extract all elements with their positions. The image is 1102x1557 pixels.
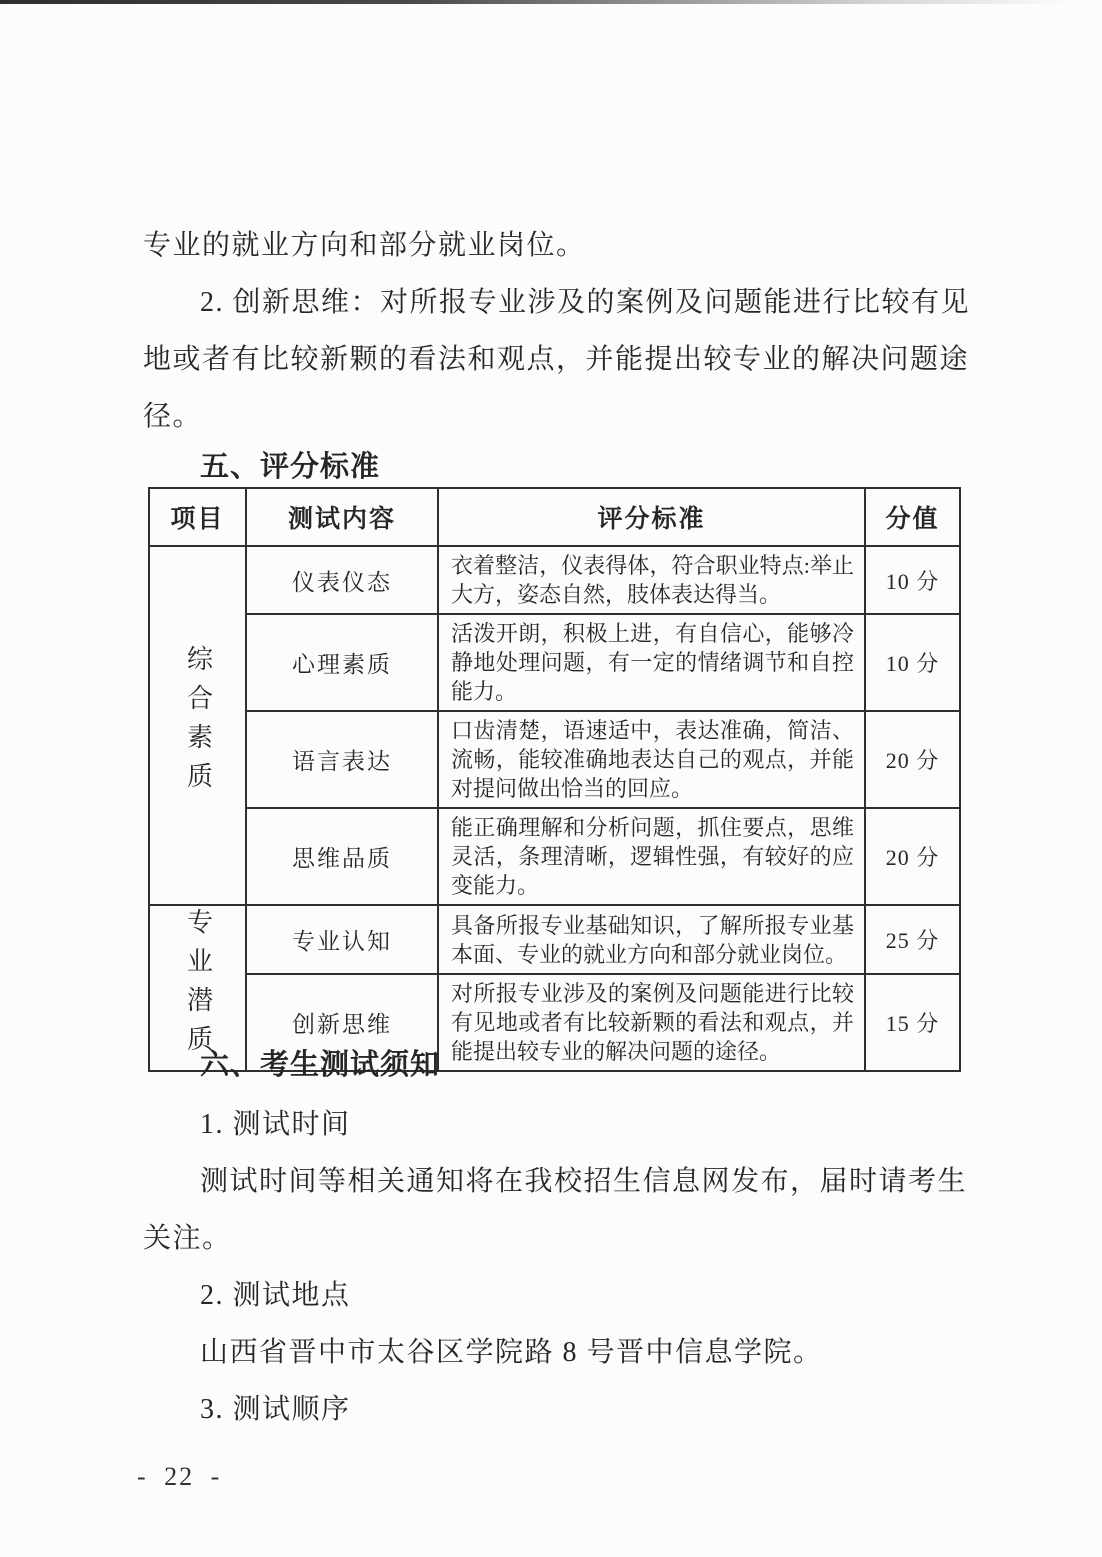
score-cell: 10 分 (865, 614, 960, 711)
paragraph-line: 专业的就业方向和部分就业岗位。 (143, 217, 963, 274)
notice-line: 1. 测试时间 (143, 1096, 963, 1153)
criteria-cell: 衣着整洁，仪表得体，符合职业特点:举止大方，姿态自然，肢体表达得当。 (438, 546, 865, 614)
test-content-cell: 仪表仪态 (246, 546, 438, 614)
notice-line: 山西省晋中市太谷区学院路 8 号晋中信息学院。 (143, 1324, 963, 1381)
notice-line: 3. 测试顺序 (143, 1381, 963, 1438)
test-content-cell: 思维品质 (246, 808, 438, 905)
section-heading-candidate-notice: 六、考生测试须知 (200, 1042, 440, 1083)
table-row: 心理素质 活泼开朗，积极上进，有自信心，能够冷静地处理问题，有一定的情绪调节和自… (149, 614, 960, 711)
criteria-cell: 对所报专业涉及的案例及问题能进行比较有见地或者有比较新颗的看法和观点，并能提出较… (438, 974, 865, 1071)
test-content-cell: 心理素质 (246, 614, 438, 711)
paragraph-line: 径。 (143, 388, 963, 445)
vertical-label: 综合素质 (185, 645, 211, 801)
test-content-cell: 专业认知 (246, 905, 438, 974)
table-row: 专业潜质 专业认知 具备所报专业基础知识，了解所报专业基本面、专业的就业方向和部… (149, 905, 960, 974)
paragraph-line: 2. 创新思维：对所报专业涉及的案例及问题能进行比较有见 (143, 274, 963, 331)
intro-paragraphs: 专业的就业方向和部分就业岗位。 2. 创新思维：对所报专业涉及的案例及问题能进行… (143, 217, 963, 445)
test-content-cell: 语言表达 (246, 711, 438, 808)
score-cell: 10 分 (865, 546, 960, 614)
notice-line: 关注。 (143, 1210, 963, 1267)
criteria-cell: 口齿清楚，语速适中，表达准确，简洁、流畅，能较准确地表达自己的观点，并能对提问做… (438, 711, 865, 808)
table-header-row: 项目 测试内容 评分标准 分值 (149, 488, 960, 546)
column-header-test-content: 测试内容 (246, 488, 438, 546)
table-row: 思维品质 能正确理解和分析问题，抓住要点，思维灵活，条理清晰，逻辑性强，有较好的… (149, 808, 960, 905)
table-row: 综合素质 仪表仪态 衣着整洁，仪表得体，符合职业特点:举止大方，姿态自然，肢体表… (149, 546, 960, 614)
scan-edge-artifact (0, 0, 1102, 4)
notice-section: 1. 测试时间 测试时间等相关通知将在我校招生信息网发布，届时请考生 关注。 2… (143, 1096, 963, 1438)
column-header-score: 分值 (865, 488, 960, 546)
criteria-cell: 能正确理解和分析问题，抓住要点，思维灵活，条理清晰，逻辑性强，有较好的应变能力。 (438, 808, 865, 905)
notice-line: 2. 测试地点 (143, 1267, 963, 1324)
criteria-cell: 具备所报专业基础知识，了解所报专业基本面、专业的就业方向和部分就业岗位。 (438, 905, 865, 974)
group-label-comprehensive-quality: 综合素质 (149, 546, 246, 905)
scoring-table: 项目 测试内容 评分标准 分值 综合素质 仪表仪态 衣着整洁，仪表得体，符合职业… (148, 487, 961, 1072)
table-row: 语言表达 口齿清楚，语速适中，表达准确，简洁、流畅，能较准确地表达自己的观点，并… (149, 711, 960, 808)
score-cell: 25 分 (865, 905, 960, 974)
score-cell: 20 分 (865, 711, 960, 808)
score-cell: 15 分 (865, 974, 960, 1071)
score-cell: 20 分 (865, 808, 960, 905)
paragraph-line: 地或者有比较新颗的看法和观点，并能提出较专业的解决问题途 (143, 331, 963, 388)
document-page: 专业的就业方向和部分就业岗位。 2. 创新思维：对所报专业涉及的案例及问题能进行… (0, 0, 1102, 1557)
page-number: - 22 - (137, 1462, 221, 1492)
section-heading-scoring-standards: 五、评分标准 (200, 444, 380, 485)
criteria-cell: 活泼开朗，积极上进，有自信心，能够冷静地处理问题，有一定的情绪调节和自控能力。 (438, 614, 865, 711)
notice-line: 测试时间等相关通知将在我校招生信息网发布，届时请考生 (143, 1153, 963, 1210)
column-header-item: 项目 (149, 488, 246, 546)
vertical-label: 专业潜质 (185, 908, 211, 1064)
column-header-scoring-standard: 评分标准 (438, 488, 865, 546)
